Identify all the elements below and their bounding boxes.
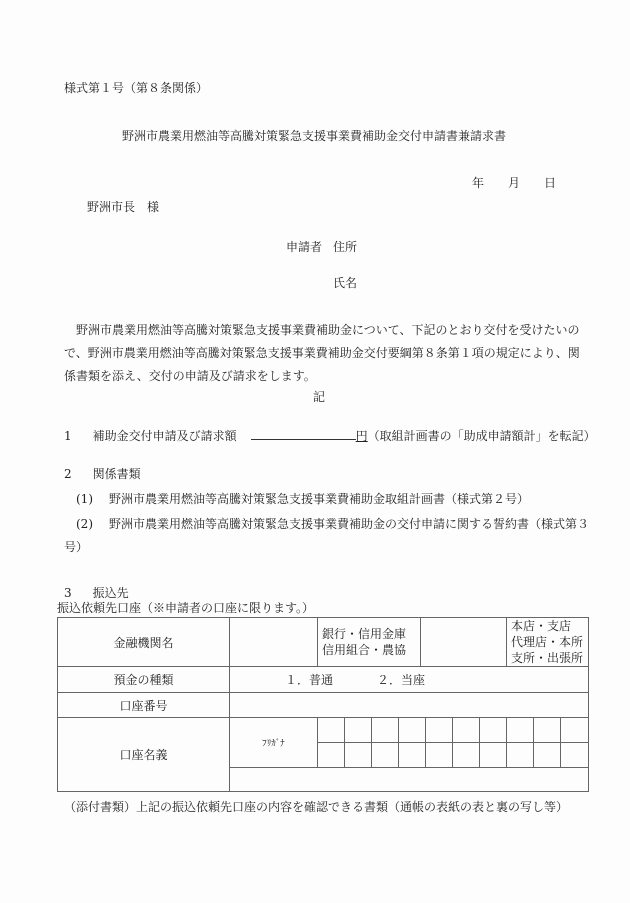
section2-label: 関係書類: [93, 467, 141, 481]
bank-type-line: 信用組合・農協: [322, 642, 420, 658]
applicant-label: 申請者: [286, 241, 322, 253]
doc-item-num: (1): [76, 492, 93, 506]
section1-label: 補助金交付申請及び請求額: [93, 429, 237, 443]
section2-number: 2: [64, 467, 72, 481]
kana-cell[interactable]: [561, 718, 589, 743]
section1-note: （取組計画書の「助成申請額計」を転記）: [368, 429, 596, 443]
address-label: 住所: [333, 241, 357, 253]
kana-cell[interactable]: [507, 743, 534, 768]
account-caption: 振込依頼先口座（※申請者の口座に限ります。）: [57, 602, 314, 614]
document-title: 野洲市農業用燃油等高騰対策緊急支援事業費補助金交付申請書兼請求書: [122, 130, 506, 142]
name-label: 氏名: [333, 277, 357, 289]
section3-label: 振込先: [93, 586, 129, 600]
kana-cell[interactable]: [345, 743, 372, 768]
section1-number: 1: [64, 429, 72, 443]
kana-cell[interactable]: [480, 743, 507, 768]
branch-type-options: 本店・支店 代理店・本所 支所・出張所: [507, 618, 589, 667]
kana-cell[interactable]: [399, 718, 426, 743]
doc-item-2: (2)野洲市農業用燃油等高騰対策緊急支援事業費補助金の交付申請に関する誓約書（様…: [76, 518, 589, 530]
ki-heading: 記: [313, 391, 325, 403]
section3-heading: 3振込先: [64, 587, 129, 599]
kana-cell[interactable]: [318, 718, 345, 743]
account-name-label: 口座名義: [58, 718, 230, 792]
section2-heading: 2関係書類: [64, 468, 141, 480]
date-month: 月: [508, 177, 520, 189]
bank-name-label: 金融機関名: [58, 618, 230, 667]
account-number-field[interactable]: [230, 693, 589, 718]
kana-cell[interactable]: [507, 718, 534, 743]
deposit-option-current[interactable]: ２．当座: [377, 673, 425, 687]
deposit-option-ordinary[interactable]: １．普通: [285, 673, 333, 687]
deposit-type-options[interactable]: １．普通２．当座: [230, 667, 589, 693]
kana-cell[interactable]: [426, 743, 453, 768]
kana-cell[interactable]: [534, 743, 561, 768]
branch-name-field[interactable]: [421, 618, 507, 667]
kana-cell[interactable]: [561, 743, 589, 768]
deposit-type-label: 預金の種類: [58, 667, 230, 693]
kana-cell[interactable]: [453, 743, 480, 768]
kana-cell[interactable]: [480, 718, 507, 743]
branch-type-line: 本店・支店: [511, 618, 588, 634]
doc-item-num: (2): [76, 517, 93, 531]
account-name-field[interactable]: [230, 768, 589, 792]
kana-cell[interactable]: [534, 718, 561, 743]
bank-type-line: 銀行・信用金庫: [322, 626, 420, 642]
kana-cell[interactable]: [399, 743, 426, 768]
amount-field[interactable]: [251, 428, 356, 440]
furigana-label: ﾌﾘｶﾞﾅ: [230, 718, 318, 768]
branch-type-line: 代理店・本所: [511, 634, 588, 650]
attachment-note: （添付書類）上記の振込依頼先口座の内容を確認できる書類（通帳の表紙の表と裏の写し…: [64, 801, 568, 813]
yen-unit: 円: [356, 429, 368, 443]
form-number: 様式第１号（第８条関係）: [64, 82, 208, 94]
account-number-label: 口座番号: [58, 693, 230, 718]
doc-item-text: 野洲市農業用燃油等高騰対策緊急支援事業費補助金取組計画書（様式第２号）: [109, 492, 529, 506]
kana-cell[interactable]: [426, 718, 453, 743]
branch-type-line: 支所・出張所: [511, 650, 588, 666]
doc-item-2-wrap: 号）: [64, 541, 88, 553]
doc-item-1: (1)野洲市農業用燃油等高騰対策緊急支援事業費補助金取組計画書（様式第２号）: [76, 493, 529, 505]
date-year: 年: [472, 177, 484, 189]
body-paragraph: 野洲市農業用燃油等高騰対策緊急支援事業費補助金について、下記のとおり交付を受けた…: [64, 319, 586, 388]
section1: 1補助金交付申請及び請求額円（取組計画書の「助成申請額計」を転記）: [64, 428, 596, 442]
bank-name-field[interactable]: [230, 618, 318, 667]
kana-cell[interactable]: [372, 743, 399, 768]
bank-account-table: 金融機関名 銀行・信用金庫 信用組合・農協 本店・支店 代理店・本所 支所・出張…: [57, 617, 589, 792]
addressee: 野洲市長 様: [87, 201, 159, 213]
kana-cell[interactable]: [318, 743, 345, 768]
date-day: 日: [544, 177, 556, 189]
kana-cell[interactable]: [372, 718, 399, 743]
section3-number: 3: [64, 586, 72, 600]
doc-item-text: 野洲市農業用燃油等高騰対策緊急支援事業費補助金の交付申請に関する誓約書（様式第３: [109, 517, 589, 531]
bank-type-options: 銀行・信用金庫 信用組合・農協: [318, 618, 421, 667]
kana-cell[interactable]: [345, 718, 372, 743]
kana-cell[interactable]: [453, 718, 480, 743]
